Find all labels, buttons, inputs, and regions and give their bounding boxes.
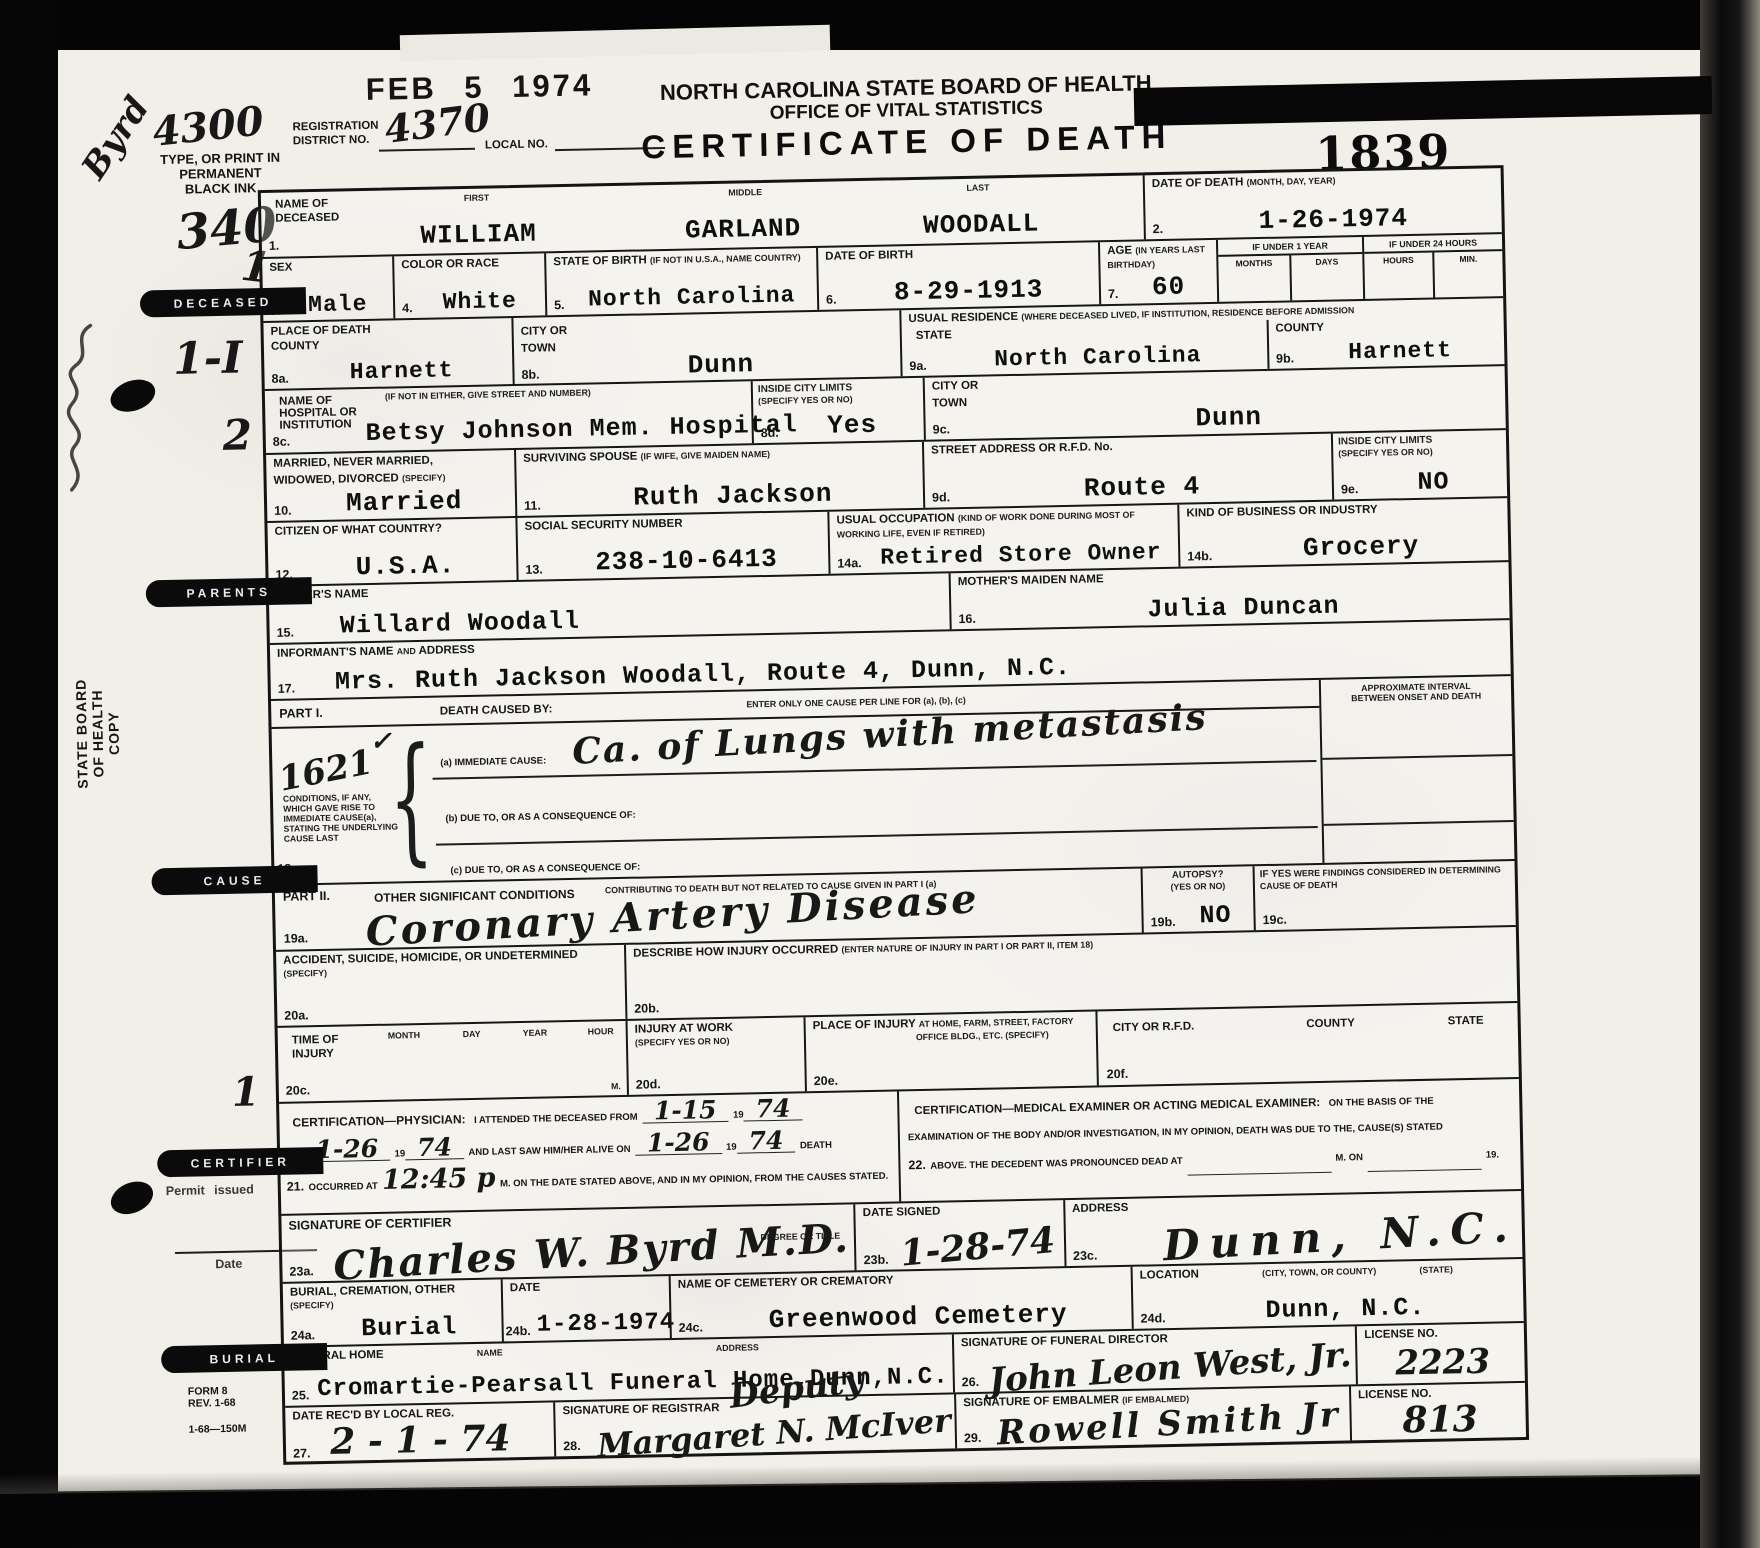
part1-label: PART I. — [279, 706, 323, 721]
registrar-num: 28. — [563, 1439, 587, 1453]
time-of-injury-cell: TIME OF INJURY MONTH DAY YEAR HOUR 20c. … — [278, 1021, 627, 1102]
autopsy-num: 19b. — [1150, 915, 1181, 930]
under-1-year-split: MONTHS DAYS — [1218, 252, 1363, 302]
describe-num: 20b. — [634, 1001, 665, 1016]
occupation-label: USUAL OCCUPATION — [836, 512, 954, 526]
interval-column: APPROXIMATE INTERVAL BETWEEN ONSET AND D… — [1319, 676, 1515, 863]
local-no-label: LOCAL NO. — [485, 138, 548, 153]
usual-residence-block: USUAL RESIDENCE (WHERE DECEASED LIVED, I… — [899, 298, 1504, 376]
residence-city-num: 9c. — [933, 422, 957, 436]
state-of-birth-label: STATE OF BIRTH — [553, 254, 647, 268]
date-received-value: 2 - 1 - 74 — [330, 1420, 511, 1460]
print-instruction-line1: TYPE, OR PRINT IN — [147, 149, 293, 167]
cemetery-num: 24c. — [679, 1320, 710, 1335]
date-received-cell: DATE REC'D BY LOCAL REG. 27. 2 - 1 - 74 — [285, 1402, 554, 1461]
place-of-injury-label: PLACE OF INJURY — [813, 1018, 916, 1032]
accident-num: 20a. — [284, 1008, 315, 1023]
year-19-text: 19. — [1486, 1149, 1499, 1160]
first-label: FIRST — [464, 192, 490, 203]
burial-location-sub1: (CITY, TOWN, OR COUNTY) — [1262, 1266, 1376, 1278]
attended-from-value: 1-15 — [642, 1100, 729, 1124]
burial-location-sub2: (STATE) — [1419, 1264, 1453, 1275]
age-num: 7. — [1108, 287, 1125, 301]
immediate-cause-label: (a) IMMEDIATE CAUSE: — [440, 755, 546, 768]
year-19b: 19 — [395, 1148, 406, 1159]
street-value: Route 4 — [1084, 473, 1201, 501]
address-num: 23c. — [1073, 1248, 1104, 1263]
ssn-cell: SOCIAL SECURITY NUMBER 13. 238-10-6413 — [515, 512, 828, 580]
injury-location-cell: CITY OR R.F.D. COUNTY STATE 20f. — [1095, 1003, 1518, 1085]
scan-edge-left — [0, 0, 58, 1548]
burial-location-value: Dunn, N.C. — [1265, 1295, 1426, 1323]
hospital-label-3: INSTITUTION — [272, 415, 356, 433]
certificate-content: NORTH CAROLINA STATE BOARD OF HEALTH FEB… — [0, 0, 1760, 1548]
state-of-birth-cell: STATE OF BIRTH (IF NOT IN U.S.A., NAME C… — [544, 248, 817, 315]
hospital-cell: NAME OF HOSPITAL OR INSTITUTION (IF NOT … — [265, 381, 752, 453]
injury-state-label: STATE — [1441, 1012, 1488, 1030]
margin-scribble — [52, 319, 106, 495]
injury-location-num: 20f. — [1107, 1067, 1129, 1081]
residence-county-cell: COUNTY 9b. Harnett — [1266, 315, 1504, 369]
occupation-num: 14a. — [837, 556, 868, 571]
mother-value: Julia Duncan — [1147, 593, 1339, 622]
marital-num: 10. — [274, 503, 298, 517]
last-saw-value: 1-26 — [635, 1132, 722, 1156]
under-24-hours-split: HOURS MIN. — [1364, 249, 1503, 299]
informant-label-and: AND — [397, 646, 416, 656]
date-of-death-value: 1-26-1974 — [1258, 205, 1408, 234]
injury-county-label: COUNTY — [1299, 1014, 1359, 1032]
scan-edge-right — [1700, 0, 1760, 1548]
date-margin-label: Date — [215, 1257, 242, 1272]
pronounced-text: ABOVE. THE DECEDENT WAS PRONOUNCED DEAD … — [930, 1156, 1182, 1172]
residence-county-num: 9b. — [1276, 351, 1300, 365]
burial-type-num: 24a. — [291, 1328, 322, 1343]
street-num: 9d. — [932, 490, 956, 504]
month-label: MONTH — [388, 1030, 420, 1041]
time-num: 20c. — [286, 1083, 311, 1097]
if-under-1-year-cell: IF UNDER 1 YEAR MONTHS DAYS — [1216, 237, 1363, 302]
months-label: MONTHS — [1218, 256, 1290, 302]
under-1-year-label: IF UNDER 1 YEAR — [1218, 237, 1362, 253]
occurred-rest-text: M. ON THE DATE STATED ABOVE, AND IN MY O… — [500, 1171, 888, 1190]
burial-location-num: 24d. — [1140, 1311, 1171, 1326]
residence-state-cell: STATE 9a. North Carolina — [902, 319, 1268, 376]
pronounced-time-blank — [1187, 1143, 1332, 1176]
place-of-injury-sub1: AT HOME, FARM, STREET, FACTORY — [919, 1016, 1074, 1029]
due-to-c-label: (c) DUE TO, OR AS A CONSEQUENCE OF: — [450, 862, 640, 877]
registrar-cell: SIGNATURE OF REGISTRAR Deputy 28. Margar… — [553, 1394, 955, 1456]
surviving-spouse-cell: SURVIVING SPOUSE (IF WIFE, GIVE MAIDEN N… — [514, 442, 923, 516]
race-num: 4. — [402, 301, 419, 315]
scanned-death-certificate: NORTH CAROLINA STATE BOARD OF HEALTH FEB… — [0, 0, 1760, 1548]
occurred-at-text: OCCURRED AT — [309, 1181, 378, 1193]
hospital-city-limits-cell: INSIDE CITY LIMITS (SPECIFY YES OR NO) 8… — [751, 378, 924, 443]
date-of-birth-num: 6. — [826, 292, 843, 306]
attended-text: I ATTENDED THE DECEASED FROM — [474, 1112, 638, 1126]
physician-certification-cell: CERTIFICATION—PHYSICIAN: I ATTENDED THE … — [279, 1091, 899, 1213]
burial-location-cell: LOCATION (CITY, TOWN, OR COUNTY) (STATE)… — [1131, 1259, 1524, 1329]
residence-icl-value: NO — [1417, 469, 1450, 495]
tab-deceased: DECEASED — [140, 287, 307, 317]
marital-value: Married — [346, 488, 463, 516]
burial-type-value: Burial — [361, 1314, 457, 1341]
min-label: MIN. — [1432, 251, 1503, 297]
death-county-num: 8a. — [271, 371, 295, 385]
burial-date-cell: DATE 24b. 1-28-1974 — [501, 1276, 670, 1341]
death-city-num: 8b. — [521, 368, 545, 382]
date-signed-value: 1-28-74 — [899, 1222, 1057, 1272]
last-saw-text: AND LAST SAW HIM/HER ALIVE ON — [468, 1144, 630, 1158]
ink-blot-2 — [106, 1175, 158, 1220]
age-label: AGE — [1107, 245, 1132, 257]
tab-parents: PARENTS — [146, 577, 313, 607]
ssn-value: 238-10-6413 — [595, 546, 778, 576]
tab-burial: BURIAL — [161, 1343, 328, 1373]
form-number-line2: REV. 1-68 — [188, 1397, 246, 1410]
hour-label: HOUR — [588, 1026, 614, 1037]
certificate-form: NAME OF DECEASED FIRST MIDDLE LAST 1. WI… — [258, 165, 1529, 1465]
occupation-cell: USUAL OCCUPATION (KIND OF WORK DONE DURI… — [827, 505, 1178, 574]
hospital-icl-value: Yes — [827, 412, 877, 439]
last-name-value: WOODALL — [923, 210, 1040, 238]
due-to-b-label: (b) DUE TO, OR AS A CONSEQUENCE OF: — [445, 810, 636, 825]
middle-name-value: GARLAND — [685, 215, 802, 243]
marital-sublabel: (SPECIFY) — [402, 472, 446, 483]
m-label: M. — [611, 1081, 621, 1091]
registration-label-line2: DISTRICT NO. — [293, 133, 379, 148]
death-word: DEATH — [800, 1140, 832, 1152]
findings-cell: IF YES WERE FINDINGS CONSIDERED IN DETER… — [1253, 861, 1516, 930]
copy-line3: COPY — [104, 648, 123, 818]
copy-designation: STATE BOARD OF HEALTH COPY — [57, 661, 230, 804]
informant-label: INFORMANT'S NAME — [277, 645, 394, 659]
last-label: LAST — [966, 182, 989, 193]
part1-row: PART I. DEATH CAUSED BY: ENTER ONLY ONE … — [271, 674, 1514, 884]
residence-city-limits-cell: INSIDE CITY LIMITS (SPECIFY YES OR NO) 9… — [1331, 430, 1507, 499]
place-of-injury-cell: PLACE OF INJURY AT HOME, FARM, STREET, F… — [803, 1011, 1096, 1091]
business-value: Grocery — [1303, 533, 1420, 561]
year-19a: 19 — [733, 1110, 744, 1121]
spouse-label: SURVIVING SPOUSE — [523, 451, 637, 465]
residence-city-cell: CITY OR TOWN 9c. Dunn — [923, 366, 1506, 440]
interval-line-b — [1324, 820, 1514, 826]
residence-city-value: Dunn — [1195, 404, 1262, 431]
burial-type-cell: BURIAL, CREMATION, OTHER (SPECIFY) 24a. … — [283, 1279, 502, 1345]
margin-note-byrd: Byrd — [77, 91, 155, 185]
line-a — [433, 760, 1317, 780]
margin-code-1621: 1621 — [276, 745, 375, 797]
embalmer-num: 29. — [964, 1431, 988, 1445]
occupation-value: Retired Store Owner — [880, 541, 1162, 570]
ink-blot — [106, 374, 159, 417]
line-b — [436, 826, 1318, 846]
m-on-text: M. ON — [1335, 1152, 1363, 1164]
citizen-cell: CITIZEN OF WHAT COUNTRY? 12. U.S.A. — [267, 518, 516, 585]
death-county-cell: PLACE OF DEATH COUNTY 8a. Harnett — [263, 318, 512, 389]
funeral-home-address-label: ADDRESS — [716, 1342, 759, 1353]
under-24-hours-label: IF UNDER 24 HOURS — [1364, 234, 1502, 250]
death-city-cell: CITY OR TOWN 8b. Dunn — [511, 310, 900, 384]
margin-code-1b: 1 — [231, 1072, 260, 1113]
form-number-block: FORM 8 REV. 1-68 1-68—150M — [188, 1385, 247, 1436]
license-2-value: 813 — [1402, 1400, 1478, 1438]
date-of-death-cell: DATE OF DEATH (MONTH, DAY, YEAR) 2. 1-26… — [1143, 168, 1502, 239]
cemetery-value: Greenwood Cemetery — [769, 1301, 1068, 1333]
signature-num: 23a. — [289, 1264, 320, 1279]
hospital-icl-num: 8d. — [761, 426, 785, 440]
race-cell: COLOR OR RACE 4. White — [392, 253, 545, 318]
date-of-death-label: DATE OF DEATH — [1152, 176, 1244, 190]
embalmer-label: SIGNATURE OF EMBALMER — [963, 1394, 1119, 1409]
day-label: DAY — [463, 1029, 481, 1039]
scan-edge-top — [0, 0, 1760, 50]
date-received-num: 27. — [293, 1446, 317, 1460]
sex-value: Male — [308, 293, 368, 317]
name-label-2: DECEASED — [268, 208, 343, 226]
age-value: 60 — [1152, 274, 1186, 301]
accident-cell: ACCIDENT, SUICIDE, HOMICIDE, OR UNDETERM… — [276, 945, 625, 1026]
marital-status-cell: MARRIED, NEVER MARRIED, WIDOWED, DIVORCE… — [266, 450, 515, 521]
first-name-value: WILLIAM — [420, 221, 537, 249]
conditions-label: CONDITIONS, IF ANY, WHICH GAVE RISE TO I… — [283, 792, 402, 844]
burial-date-value: 1-28-1974 — [536, 1311, 675, 1338]
signature-of-certifier-cell: SIGNATURE OF CERTIFIER DEGREE OR TITLE 2… — [281, 1204, 855, 1281]
embalmer-cell: SIGNATURE OF EMBALMER (IF EMBALMED) 29. … — [954, 1386, 1350, 1448]
medical-examiner-cell: CERTIFICATION—MEDICAL EXAMINER OR ACTING… — [897, 1079, 1521, 1201]
examiner-num: 22. — [908, 1158, 926, 1172]
informant-num: 17. — [278, 681, 302, 695]
attended-from-year: 74 — [743, 1098, 802, 1121]
attended-to-year: 74 — [405, 1137, 464, 1160]
death-caused-by-label: DEATH CAUSED BY: — [433, 700, 557, 719]
hours-label: HOURS — [1364, 253, 1433, 299]
date-of-birth-value: 8-29-1913 — [894, 276, 1044, 305]
findings-num: 19c. — [1262, 912, 1293, 927]
cemetery-cell: NAME OF CEMETERY OR CREMATORY 24c. Green… — [669, 1267, 1132, 1338]
registration-district-value: 4370 — [383, 98, 493, 149]
tab-certifier: CERTIFIER — [157, 1147, 324, 1177]
days-label: DAYS — [1289, 254, 1363, 300]
funeral-home-name-label: NAME — [477, 1347, 503, 1358]
work-num: 20d. — [636, 1077, 667, 1092]
injury-at-work-cell: INJURY AT WORK (SPECIFY YES OR NO) 20d. — [626, 1017, 805, 1095]
certification-num: 21. — [287, 1179, 305, 1193]
state-of-birth-sublabel: (IF NOT IN U.S.A., NAME COUNTRY) — [650, 252, 801, 265]
part2-num: 19a. — [284, 931, 309, 945]
burial-date-num: 24b. — [506, 1324, 537, 1339]
part1-main: PART I. DEATH CAUSED BY: ENTER ONLY ONE … — [271, 680, 1322, 884]
informant-label-address: ADDRESS — [418, 644, 474, 657]
business-cell: KIND OF BUSINESS OR INDUSTRY 14b. Grocer… — [1177, 498, 1508, 567]
occurred-time-value: 12:45 p — [382, 1163, 496, 1196]
citizen-value: U.S.A. — [355, 552, 455, 580]
if-under-24-hours-cell: IF UNDER 24 HOURS HOURS MIN. — [1362, 234, 1503, 299]
margin-code-4300: 4300 — [151, 101, 266, 153]
findings-label-1: IF YES — [1260, 869, 1292, 881]
year-19c: 19 — [726, 1142, 737, 1153]
usual-residence-label: USUAL RESIDENCE — [908, 311, 1018, 325]
license-1-value: 2223 — [1395, 1345, 1490, 1381]
interval-line-a — [1322, 754, 1512, 760]
conditions-brace: { — [388, 730, 435, 869]
autopsy-value: NO — [1199, 903, 1232, 929]
business-num: 14b. — [1187, 549, 1218, 564]
autopsy-cell: AUTOPSY? (YES OR NO) 19b. NO — [1141, 866, 1254, 932]
hospital-value: Betsy Johnson Mem. Hospital — [365, 412, 797, 446]
examiner-label: CERTIFICATION—MEDICAL EXAMINER OR ACTING… — [907, 1094, 1324, 1117]
last-saw-year: 74 — [736, 1131, 795, 1154]
hospital-sublabel: (IF NOT IN EITHER, GIVE STREET AND NUMBE… — [385, 387, 591, 401]
funeral-home-num: 25. — [292, 1388, 316, 1402]
license-2-cell: LICENSE NO. 813 — [1349, 1383, 1526, 1441]
examiner-basis-text: ON THE BASIS OF THE — [1329, 1096, 1434, 1109]
name-num: 1. — [269, 239, 280, 253]
enter-only-note: ENTER ONLY ONE CAUSE PER LINE FOR (a), (… — [746, 695, 966, 710]
father-value: Willard Woodall — [340, 609, 581, 639]
street-address-cell: STREET ADDRESS OR R.F.D. No. 9d. Route 4 — [922, 434, 1332, 508]
burial-location-label: LOCATION — [1140, 1268, 1199, 1281]
address-cell: ADDRESS 23c. Dunn, N.C. — [1063, 1191, 1522, 1266]
date-of-death-num: 2. — [1153, 222, 1170, 236]
date-signed-cell: DATE SIGNED 23b. 1-28-74 — [854, 1200, 1065, 1270]
registration-label-line1: REGISTRATION — [292, 120, 378, 135]
spouse-num: 11. — [524, 498, 547, 512]
place-of-injury-num: 20e. — [814, 1074, 845, 1089]
funeral-director-cell: SIGNATURE OF FUNERAL DIRECTOR 26. John L… — [952, 1326, 1357, 1392]
margin-code-2: 2 — [222, 414, 252, 457]
residence-county-value: Harnett — [1348, 339, 1452, 364]
registration-district-block: REGISTRATION DISTRICT NO. — [292, 120, 379, 149]
age-cell: AGE (IN YEARS LAST BIRTHDAY) 7. 60 — [1098, 240, 1217, 304]
time-label-2: INJURY — [285, 1045, 338, 1063]
state-of-birth-value: North Carolina — [588, 284, 796, 311]
date-of-birth-cell: DATE OF BIRTH 6. 8-29-1913 — [816, 242, 1099, 310]
tab-cause: CAUSE — [151, 865, 318, 895]
spouse-value: Ruth Jackson — [633, 481, 833, 511]
physician-cert-label: CERTIFICATION—PHYSICIAN: — [285, 1109, 469, 1130]
permit-issued-label: Permit issued — [166, 1182, 254, 1198]
spouse-sublabel: (IF WIFE, GIVE MAIDEN NAME) — [640, 449, 770, 462]
year-label: YEAR — [523, 1027, 548, 1038]
father-num: 15. — [277, 625, 301, 639]
injury-city-label: CITY OR R.F.D. — [1106, 1017, 1199, 1035]
margin-code-1-i: 1-I — [173, 336, 243, 381]
date-of-death-sublabel: (MONTH, DAY, YEAR) — [1246, 175, 1335, 187]
residence-state-num: 9a. — [909, 359, 933, 373]
license-1-cell: LICENSE NO. 2223 — [1355, 1323, 1525, 1384]
residence-icl-num: 9e. — [1341, 482, 1365, 496]
ssn-num: 13. — [525, 562, 549, 576]
race-value: White — [443, 290, 517, 314]
mother-num: 16. — [958, 612, 982, 626]
pronounced-date-blank — [1367, 1140, 1482, 1172]
hospital-num: 8c. — [273, 435, 291, 449]
death-county-value: Harnett — [350, 359, 454, 384]
date-signed-num: 23b. — [864, 1253, 895, 1268]
funeral-director-num: 26. — [962, 1375, 986, 1389]
death-city-value: Dunn — [687, 351, 754, 378]
state-of-birth-num: 5. — [554, 298, 571, 312]
marital-label-2: WIDOWED, DIVORCED — [273, 472, 398, 487]
residence-state-value: North Carolina — [994, 344, 1202, 371]
middle-label: MIDDLE — [728, 187, 762, 198]
form-number-line3: 1-68—150M — [189, 1423, 247, 1436]
